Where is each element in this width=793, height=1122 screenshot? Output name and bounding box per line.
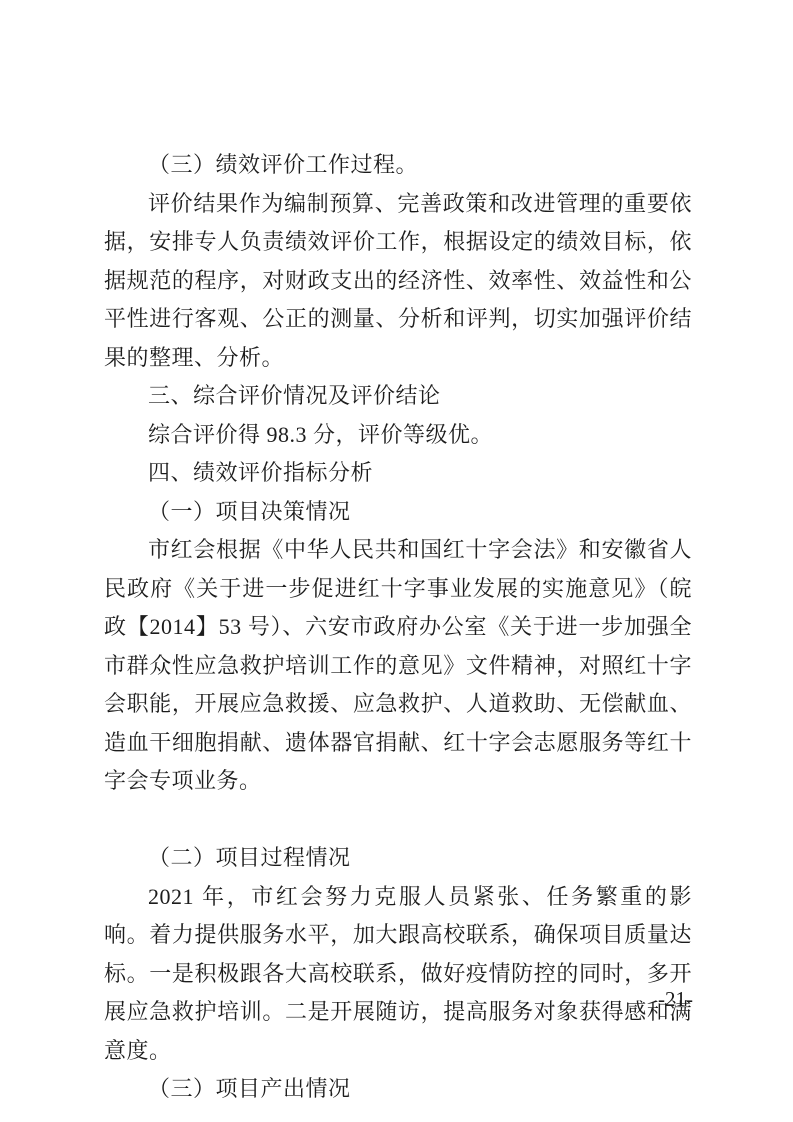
section-heading-evaluation-process: （三）绩效评价工作过程。 (104, 146, 692, 185)
section-heading-overall-evaluation: 三、综合评价情况及评价结论 (104, 377, 692, 416)
document-body: （三）绩效评价工作过程。 评价结果作为编制预算、完善政策和改进管理的重要依据，安… (104, 146, 692, 1109)
section-heading-project-process: （二）项目过程情况 (104, 839, 692, 878)
body-paragraph-evaluation-process: 评价结果作为编制预算、完善政策和改进管理的重要依据，安排专人负责绩效评价工作，根… (104, 185, 692, 378)
document-page: （三）绩效评价工作过程。 评价结果作为编制预算、完善政策和改进管理的重要依据，安… (0, 0, 793, 1122)
body-paragraph-project-decision: 市红会根据《中华人民共和国红十字会法》和安徽省人民政府《关于进一步促进红十字事业… (104, 531, 692, 801)
section-heading-project-decision: （一）项目决策情况 (104, 493, 692, 532)
section-heading-project-output: （三）项目产出情况 (104, 1070, 692, 1109)
section-heading-indicator-analysis: 四、绩效评价指标分析 (104, 454, 692, 493)
body-paragraph-overall-score: 综合评价得 98.3 分，评价等级优。 (104, 416, 692, 455)
page-number: -21- (658, 987, 693, 1012)
body-paragraph-project-process: 2021 年，市红会努力克服人员紧张、任务繁重的影响。着力提供服务水平，加大跟高… (104, 878, 692, 1071)
